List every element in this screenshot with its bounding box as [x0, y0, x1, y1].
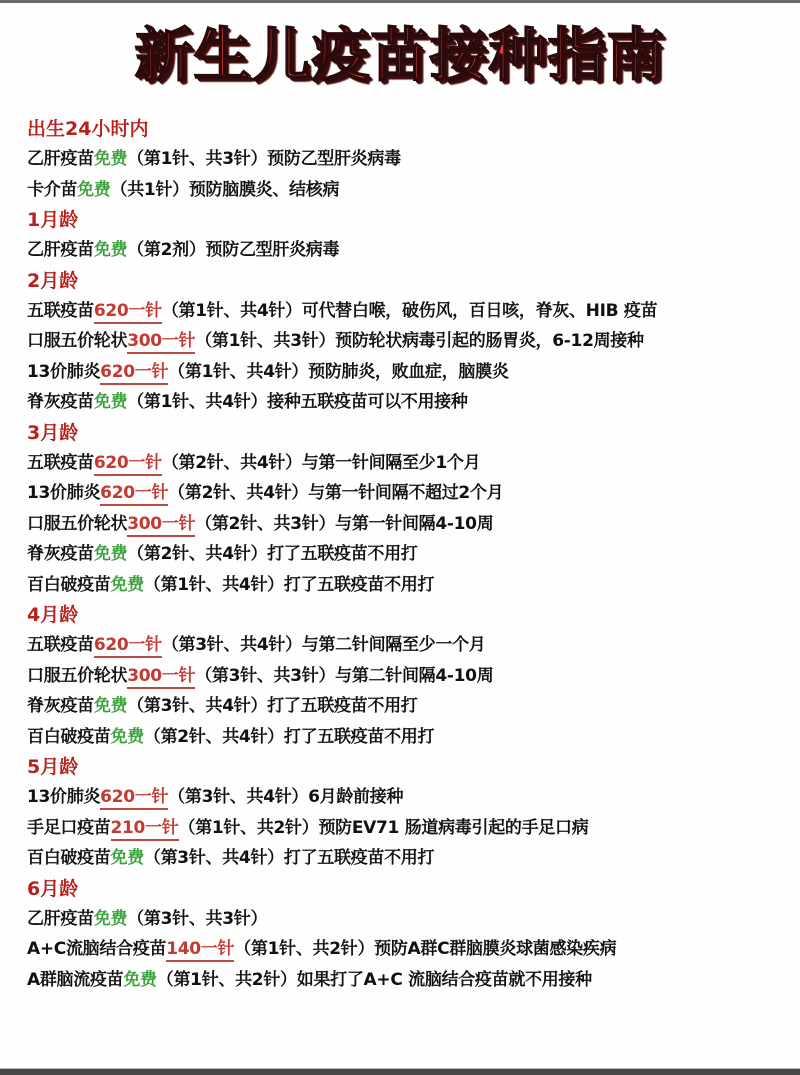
- vaccine-item: 百白破疫苗免费（第2针、共4针）打了五联疫苗不用打: [27, 722, 797, 753]
- free-badge: 免费: [111, 848, 144, 868]
- vaccine-item: 脊灰疫苗免费（第2针、共4针）打了五联疫苗不用打: [27, 539, 797, 570]
- vaccine-item: 手足口疫苗210一针（第1针、共2针）预防EV71 肠道病毒引起的手足口病: [27, 813, 797, 844]
- vaccine-item: 口服五价轮状300一针（第3针、共3针）与第二针间隔4-10周: [27, 661, 797, 692]
- vaccine-name: 五联疫苗: [27, 635, 94, 655]
- free-badge: 免费: [111, 575, 144, 595]
- schedule-section: 出生24小时内乙肝疫苗免费（第1针、共3针）预防乙型肝炎病毒卡介苗免费（共1针）…: [27, 114, 797, 205]
- schedule-section: 1月龄乙肝疫苗免费（第2剂）预防乙型肝炎病毒: [27, 205, 797, 266]
- page-title: 新生儿疫苗接种指南: [0, 20, 800, 90]
- vaccine-detail: （共1针）预防脑膜炎、结核病: [111, 180, 340, 200]
- free-badge: 免费: [94, 149, 127, 169]
- vaccine-item: 13价肺炎620一针（第1针、共4针）预防肺炎，败血症，脑膜炎: [27, 357, 797, 388]
- vaccine-detail: （第3针、共4针）与第二针间隔至少一个月: [162, 635, 486, 655]
- vaccine-name: 脊灰疫苗: [27, 696, 94, 716]
- section-heading: 2月龄: [27, 266, 797, 296]
- price-tag: 300一针: [127, 331, 195, 354]
- vaccine-item: 五联疫苗620一针（第1针、共4针）可代替白喉，破伤风，百日咳，脊灰、HIB 疫…: [27, 296, 797, 327]
- vaccine-name: A+C流脑结合疫苗: [27, 939, 166, 959]
- vaccine-name: 乙肝疫苗: [27, 240, 94, 260]
- vaccine-item: 五联疫苗620一针（第3针、共4针）与第二针间隔至少一个月: [27, 630, 797, 661]
- free-badge: 免费: [94, 909, 127, 929]
- schedule-section: 4月龄五联疫苗620一针（第3针、共4针）与第二针间隔至少一个月口服五价轮状30…: [27, 600, 797, 752]
- vaccine-detail: （第2针、共4针）打了五联疫苗不用打: [127, 544, 417, 564]
- free-badge: 免费: [94, 392, 127, 412]
- vaccine-name: 百白破疫苗: [27, 727, 111, 747]
- free-badge: 免费: [94, 240, 127, 260]
- vaccine-detail: （第3针、共3针）: [127, 909, 267, 929]
- schedule-section: 5月龄13价肺炎620一针（第3针、共4针）6月龄前接种手足口疫苗210一针（第…: [27, 752, 797, 874]
- vaccine-name: 脊灰疫苗: [27, 392, 94, 412]
- vaccine-detail: （第2剂）预防乙型肝炎病毒: [127, 240, 339, 260]
- vaccine-item: 乙肝疫苗免费（第2剂）预防乙型肝炎病毒: [27, 235, 797, 266]
- vaccine-item: 13价肺炎620一针（第2针、共4针）与第一针间隔不超过2个月: [27, 478, 797, 509]
- vaccine-name: 五联疫苗: [27, 453, 94, 473]
- vaccine-item: 百白破疫苗免费（第1针、共4针）打了五联疫苗不用打: [27, 570, 797, 601]
- vaccine-name: 百白破疫苗: [27, 848, 111, 868]
- vaccine-detail: （第1针、共2针）如果打了A+C 流脑结合疫苗就不用接种: [157, 970, 592, 990]
- vaccine-detail: （第1针、共2针）预防A群C群脑膜炎球菌感染疾病: [234, 939, 616, 959]
- vaccine-name: A群脑流疫苗: [27, 970, 123, 990]
- section-heading: 5月龄: [27, 752, 797, 782]
- free-badge: 免费: [123, 970, 156, 990]
- section-heading: 6月龄: [27, 874, 797, 904]
- price-tag: 620一针: [94, 453, 162, 476]
- section-heading: 3月龄: [27, 418, 797, 448]
- vaccine-detail: （第1针、共4针）打了五联疫苗不用打: [144, 575, 434, 595]
- vaccine-name: 乙肝疫苗: [27, 149, 94, 169]
- price-tag: 300一针: [127, 666, 195, 689]
- price-tag: 620一针: [100, 483, 168, 506]
- vaccine-name: 乙肝疫苗: [27, 909, 94, 929]
- vaccine-name: 13价肺炎: [27, 483, 100, 503]
- price-tag: 140一针: [166, 939, 234, 962]
- vaccine-detail: （第3针、共4针）打了五联疫苗不用打: [127, 696, 417, 716]
- vaccine-name: 口服五价轮状: [27, 331, 127, 351]
- vaccine-detail: （第3针、共4针）打了五联疫苗不用打: [144, 848, 434, 868]
- vaccine-detail: （第3针、共3针）与第二针间隔4-10周: [195, 666, 493, 686]
- vaccine-detail: （第1针、共3针）预防轮状病毒引起的肠胃炎，6-12周接种: [195, 331, 644, 351]
- section-heading: 1月龄: [27, 205, 797, 235]
- vaccine-name: 卡介苗: [27, 180, 77, 200]
- vaccine-detail: （第2针、共4针）与第一针间隔不超过2个月: [168, 483, 503, 503]
- price-tag: 210一针: [111, 818, 179, 841]
- free-badge: 免费: [94, 544, 127, 564]
- vaccine-detail: （第3针、共4针）6月龄前接种: [168, 787, 403, 807]
- section-heading: 4月龄: [27, 600, 797, 630]
- vaccine-item: 口服五价轮状300一针（第2针、共3针）与第一针间隔4-10周: [27, 509, 797, 540]
- vaccine-item: 乙肝疫苗免费（第1针、共3针）预防乙型肝炎病毒: [27, 144, 797, 175]
- vaccine-name: 脊灰疫苗: [27, 544, 94, 564]
- vaccine-detail: （第1针、共4针）接种五联疫苗可以不用接种: [127, 392, 467, 412]
- free-badge: 免费: [77, 180, 110, 200]
- price-tag: 300一针: [127, 514, 195, 537]
- vaccine-item: 脊灰疫苗免费（第3针、共4针）打了五联疫苗不用打: [27, 691, 797, 722]
- bottom-border: [0, 1068, 800, 1075]
- vaccine-item: 脊灰疫苗免费（第1针、共4针）接种五联疫苗可以不用接种: [27, 387, 797, 418]
- free-badge: 免费: [94, 696, 127, 716]
- vaccine-detail: （第1针、共2针）预防EV71 肠道病毒引起的手足口病: [179, 818, 589, 838]
- vaccine-name: 手足口疫苗: [27, 818, 111, 838]
- schedule-section: 3月龄五联疫苗620一针（第2针、共4针）与第一针间隔至少1个月13价肺炎620…: [27, 418, 797, 601]
- price-tag: 620一针: [100, 787, 168, 810]
- vaccine-detail: （第2针、共3针）与第一针间隔4-10周: [195, 514, 493, 534]
- vaccine-name: 口服五价轮状: [27, 666, 127, 686]
- vaccine-item: 乙肝疫苗免费（第3针、共3针）: [27, 904, 797, 935]
- vaccine-item: 13价肺炎620一针（第3针、共4针）6月龄前接种: [27, 782, 797, 813]
- vaccine-name: 百白破疫苗: [27, 575, 111, 595]
- vaccine-name: 13价肺炎: [27, 787, 100, 807]
- section-heading: 出生24小时内: [27, 114, 797, 144]
- vaccine-detail: （第1针、共4针）预防肺炎，败血症，脑膜炎: [168, 362, 508, 382]
- schedule-content: 出生24小时内乙肝疫苗免费（第1针、共3针）预防乙型肝炎病毒卡介苗免费（共1针）…: [27, 114, 797, 995]
- vaccine-detail: （第1针、共3针）预防乙型肝炎病毒: [127, 149, 401, 169]
- vaccine-item: 卡介苗免费（共1针）预防脑膜炎、结核病: [27, 175, 797, 206]
- vaccine-item: A+C流脑结合疫苗140一针（第1针、共2针）预防A群C群脑膜炎球菌感染疾病: [27, 934, 797, 965]
- vaccine-item: 口服五价轮状300一针（第1针、共3针）预防轮状病毒引起的肠胃炎，6-12周接种: [27, 326, 797, 357]
- vaccine-detail: （第2针、共4针）与第一针间隔至少1个月: [162, 453, 481, 473]
- vaccine-detail: （第1针、共4针）可代替白喉，破伤风，百日咳，脊灰、HIB 疫苗: [162, 301, 658, 321]
- vaccine-name: 口服五价轮状: [27, 514, 127, 534]
- vaccine-item: 五联疫苗620一针（第2针、共4针）与第一针间隔至少1个月: [27, 448, 797, 479]
- vaccine-name: 五联疫苗: [27, 301, 94, 321]
- vaccine-item: 百白破疫苗免费（第3针、共4针）打了五联疫苗不用打: [27, 843, 797, 874]
- price-tag: 620一针: [100, 362, 168, 385]
- top-border: [0, 0, 800, 3]
- price-tag: 620一针: [94, 301, 162, 324]
- free-badge: 免费: [111, 727, 144, 747]
- vaccine-detail: （第2针、共4针）打了五联疫苗不用打: [144, 727, 434, 747]
- schedule-section: 6月龄乙肝疫苗免费（第3针、共3针）A+C流脑结合疫苗140一针（第1针、共2针…: [27, 874, 797, 996]
- vaccine-item: A群脑流疫苗免费（第1针、共2针）如果打了A+C 流脑结合疫苗就不用接种: [27, 965, 797, 996]
- schedule-section: 2月龄五联疫苗620一针（第1针、共4针）可代替白喉，破伤风，百日咳，脊灰、HI…: [27, 266, 797, 418]
- vaccine-name: 13价肺炎: [27, 362, 100, 382]
- price-tag: 620一针: [94, 635, 162, 658]
